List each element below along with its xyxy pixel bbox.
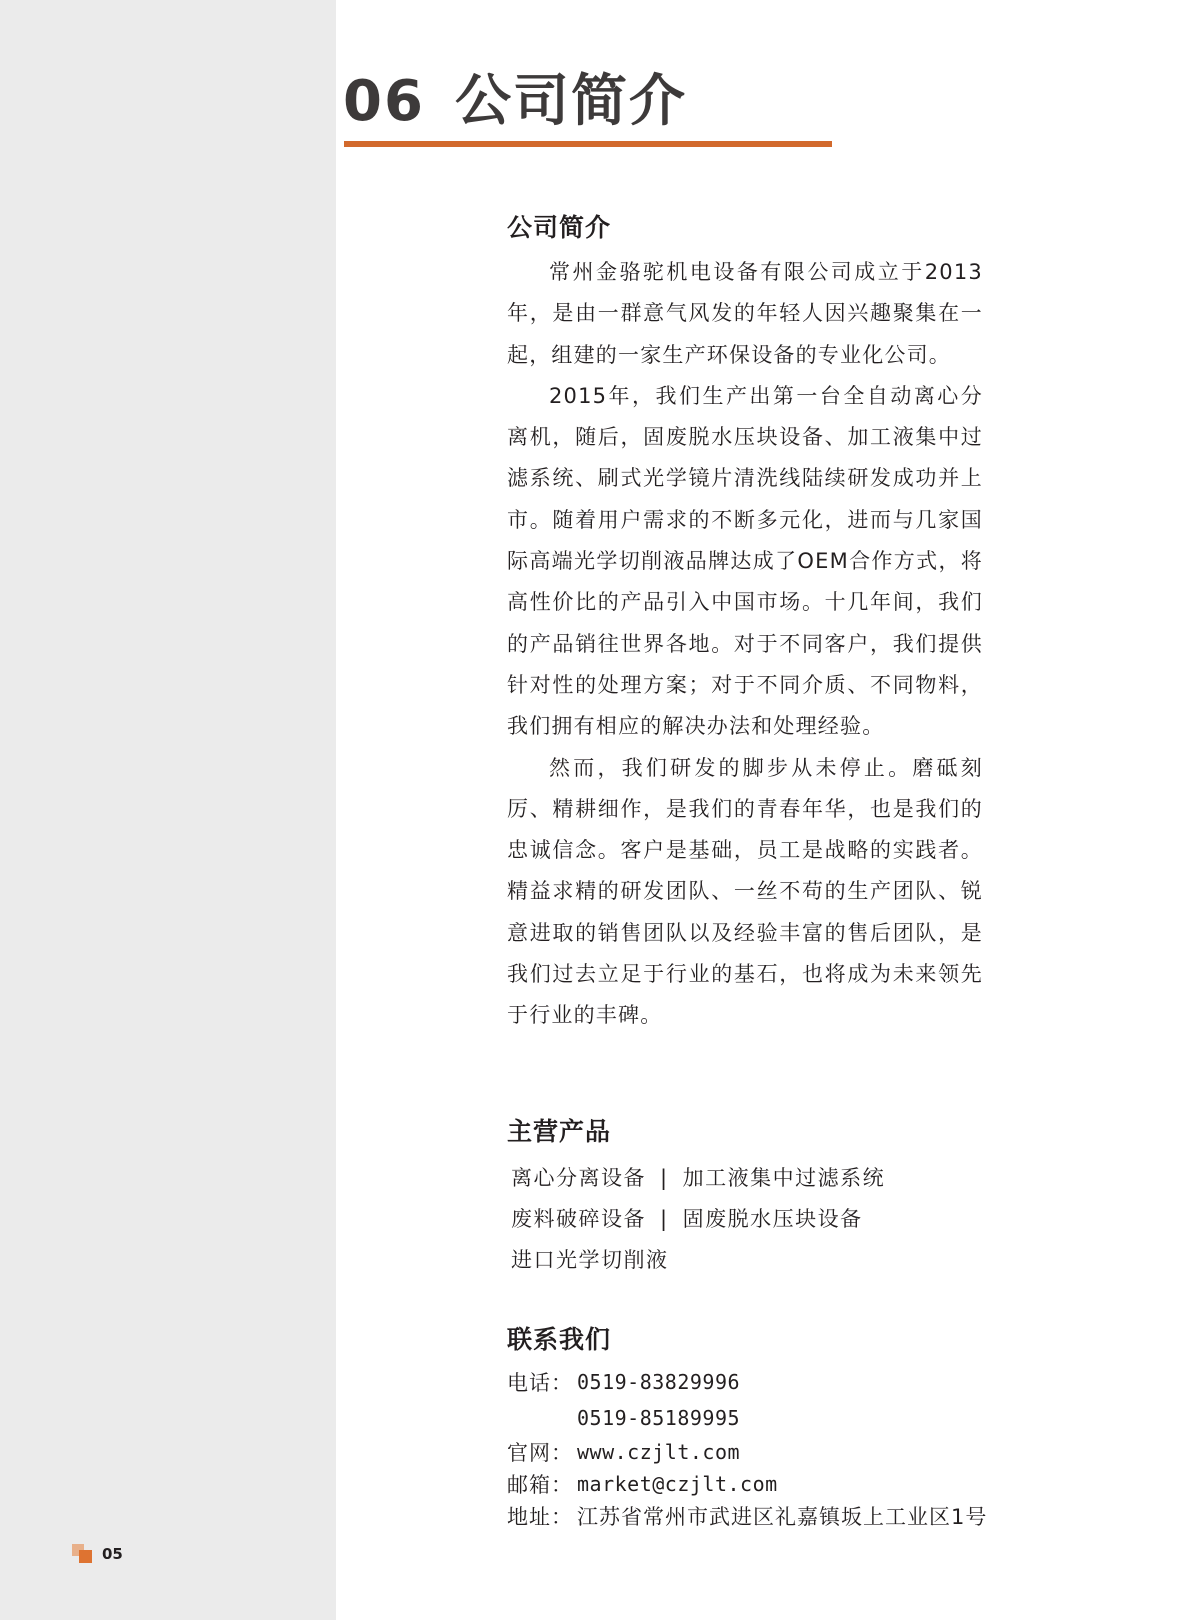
website-link[interactable]: www.czjlt.com [577,1440,740,1464]
separator: | [660,1199,669,1240]
product-item: 加工液集中过滤系统 [683,1166,886,1190]
page-marker-icon [72,1544,94,1564]
intro-paragraph: 常州金骆驼机电设备有限公司成立于2013年，是由一群意气风发的年轻人因兴趣聚集在… [507,252,983,376]
product-item: 废料破碎设备 [511,1207,646,1231]
contact-info: 电话： 0519-83829996 0519-85189995 官网： www.… [507,1364,987,1532]
products-row: 离心分离设备|加工液集中过滤系统 [511,1158,885,1199]
product-item: 离心分离设备 [511,1166,646,1190]
side-panel [0,0,336,1620]
phone-label: 电话： [507,1367,577,1397]
email-label: 邮箱： [507,1469,577,1499]
address-row: 地址： 江苏省常州市武进区礼嘉镇坂上工业区1号 [507,1500,987,1532]
products-heading: 主营产品 [507,1112,611,1148]
phone-row: 电话： 0519-83829996 [507,1364,987,1400]
email-link[interactable]: market@czjlt.com [577,1472,778,1496]
intro-body: 常州金骆驼机电设备有限公司成立于2013年，是由一群意气风发的年轻人因兴趣聚集在… [507,252,983,1037]
page-number: 05 [102,1545,123,1563]
title-underline [344,141,832,147]
phone-number-1[interactable]: 0519-83829996 [577,1370,740,1394]
contact-heading: 联系我们 [507,1320,611,1356]
product-item: 进口光学切削液 [511,1248,669,1272]
page-footer: 05 [72,1544,123,1564]
intro-paragraph: 然而，我们研发的脚步从未停止。磨砥刻厉、精耕细作，是我们的青春年华，也是我们的忠… [507,748,983,1037]
phone-row-2: 0519-85189995 [507,1400,987,1436]
address-value: 江苏省常州市武进区礼嘉镇坂上工业区1号 [577,1501,987,1531]
products-list: 离心分离设备|加工液集中过滤系统 废料破碎设备|固废脱水压块设备 进口光学切削液 [511,1158,885,1281]
products-row: 废料破碎设备|固废脱水压块设备 [511,1199,885,1240]
website-row: 官网： www.czjlt.com [507,1436,987,1468]
website-label: 官网： [507,1437,577,1467]
email-row: 邮箱： market@czjlt.com [507,1468,987,1500]
intro-paragraph: 2015年，我们生产出第一台全自动离心分离机，随后，固废脱水压块设备、加工液集中… [507,376,983,748]
product-item: 固废脱水压块设备 [683,1207,863,1231]
address-label: 地址： [507,1501,577,1531]
phone-number-2[interactable]: 0519-85189995 [577,1406,740,1430]
page-title: 06公司简介 [343,62,687,142]
section-number: 06 [343,69,425,134]
section-title: 公司简介 [455,69,687,134]
products-row: 进口光学切削液 [511,1240,885,1281]
separator: | [660,1158,669,1199]
intro-heading: 公司简介 [507,208,611,244]
